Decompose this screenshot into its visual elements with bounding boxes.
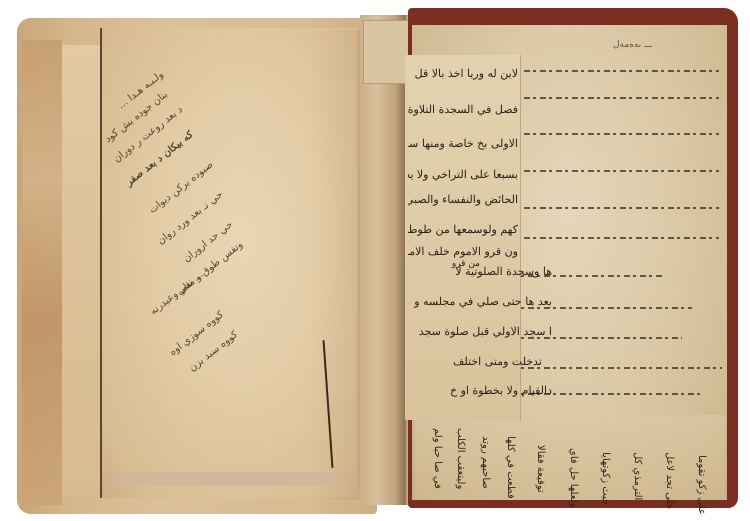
inset-text-line: لاين له وريا اخذ بالا قل [408,67,518,80]
main-text-line: دالقيام ولا بخطوة او خ [412,384,552,397]
inset-text-line: ون قرو الاموم خلف الامام [408,245,518,258]
text-line-scribble [524,207,719,209]
main-text-line: تدخلت ومتى اختلف [412,355,542,368]
bottom-margin-note: صاحبهم روتد [480,436,491,489]
bottom-margin-note: ولعلها حل فاي [568,448,579,507]
left-flap-strip [22,40,62,505]
bottom-margin-note: جيث زكوتهايا [600,452,611,505]
bottom-margin-note: الترمذي كل [632,452,643,500]
bottom-margin-note: في صا حبا ولم [432,428,443,489]
inset-text-line: فصل في السجدة التلاوة و [408,103,518,116]
inset-text-line: الحائض والنفساء والصبي وال [408,193,518,206]
text-line-scribble [524,97,719,99]
text-line-scribble [524,70,719,72]
bottom-margin-note: فطعت في كلها [505,436,516,499]
inset-text-line: بسبعا على التراخي ولا يجب على [408,168,518,181]
top-note: ـــ ىەەمەل [532,40,652,50]
main-text-line: بعد ها حتى صلي في مجلسه و [412,295,552,308]
text-line-scribble [524,133,719,135]
main-text-line: ا سجد الاولي قبل صلوة سجد [412,325,552,338]
inset-text-line: الاولى بخ خاصة ومنها سجد [408,137,518,150]
bottom-margin-note: على تجد لاعل [664,452,675,510]
left-inner-strip [62,45,103,495]
inset-text-line: كهم ولوسمعها من طوطي و [408,223,518,236]
text-line-scribble [524,170,719,172]
bottom-margin-note: على زكو تقوما [696,455,707,515]
left-page-margin-shadow [310,30,360,500]
text-line-scribble [524,237,719,239]
main-text-line: ها وسجدة الصلوتية لا [412,265,552,278]
bottom-margin-note: وليتعقب الكلب [455,428,466,489]
bottom-margin-note: توقيعة فقالا [535,445,546,493]
left-note: ... نفي وعيدرنه [148,269,205,317]
text-line-scribble [512,367,722,369]
bottom-repair-tape [115,472,335,486]
